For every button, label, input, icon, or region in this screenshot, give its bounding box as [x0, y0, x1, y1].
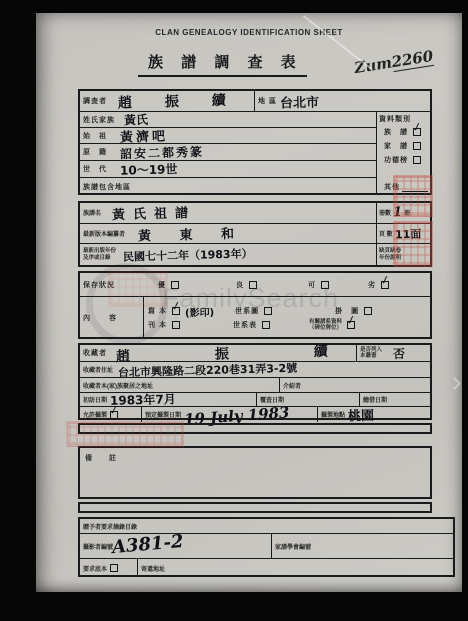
sheet-title: CLAN GENEALOGY IDENTIFICATION SHEET — [36, 28, 462, 37]
publication-value: 民國七十二年（1983年） — [123, 245, 253, 264]
condition-good-label: 良 — [236, 280, 244, 290]
filming-date-label: 預定攝製日期 — [145, 410, 181, 419]
manuscript-checkbox — [172, 307, 180, 315]
film-note-prefix: Zum — [353, 53, 393, 77]
content-label: 內 容 — [83, 313, 122, 323]
condition-fair-checkbox — [321, 281, 329, 289]
cell-clan: 姓氏家族 黃氏 — [80, 112, 376, 127]
introducer-label: 介紹者 — [283, 381, 301, 390]
collector-label: 收藏者 — [83, 348, 107, 358]
cell-content-options: 寫 本 (影印) 世系圖 掛 圖 刊 本 — [144, 302, 430, 334]
cell-permission: 允許攝製 — [80, 407, 142, 422]
row-publication: 最新出版年份 及序或目錄 民國七十二年（1983年） — [80, 244, 376, 265]
condition-fair: 可 — [303, 280, 329, 290]
return-address-label: 寄還地址 — [141, 564, 165, 573]
row-origin: 原 籍 詔安二都秀篆 — [80, 144, 376, 161]
content-options-line2: 刊 本 世系表 有關譜系資料 （碑位牌位） — [148, 319, 426, 332]
related-materials-label-line2: （碑位牌位） — [309, 325, 342, 332]
genealogy-name-label: 族譜名 — [83, 208, 101, 217]
option-pedigree-chart: 世系圖 — [230, 306, 272, 316]
section-investigator: 調查者 趙 振 續 地 區 台北市 姓氏家族 黃氏 始 祖 — [78, 89, 432, 195]
category-clan-genealogy-checkbox — [413, 128, 421, 136]
condition-good: 良 — [231, 280, 257, 290]
remarks-label: 備 註 — [85, 453, 121, 463]
collector-address-label: 收藏者住址 — [83, 365, 113, 374]
origin-label: 原 籍 — [83, 147, 107, 157]
empty-band-2 — [78, 502, 432, 513]
row-ancestor: 始 祖 黃濟吧 — [80, 128, 376, 144]
cell-investigator: 調查者 趙 振 續 — [80, 91, 255, 111]
region-label: 族譜包含地區 — [83, 182, 131, 192]
cell-area: 地 區 台北市 — [255, 91, 430, 111]
print-checkbox — [172, 321, 180, 329]
pedigree-table-checkbox — [262, 321, 270, 329]
first-visit-label: 初訪日期 — [83, 395, 107, 404]
row-investigator: 調查者 趙 振 續 地 區 台北市 — [80, 91, 430, 112]
publication-label-line2: 及序或目錄 — [83, 255, 116, 262]
compiler-label: 最新版本編纂者 — [83, 229, 125, 238]
section-processing: 贈予者要求摘錄目錄 攝影者編號 A381-2 家譜學會編號 要求底本 寄還地址 — [78, 517, 455, 577]
pedigree-table-label: 世系表 — [233, 320, 257, 330]
red-seal-stamp-left-block — [66, 421, 184, 447]
condition-poor-checkbox — [381, 281, 389, 289]
cell-master-copy: 要求底本 — [80, 559, 138, 577]
condition-poor: 劣 — [363, 280, 389, 290]
permission-label: 允許攝製 — [83, 410, 107, 419]
filming-place-value: 桃園 — [348, 405, 375, 425]
condition-fair-label: 可 — [308, 280, 316, 290]
first-visit-value: 1983年7月 — [110, 390, 176, 409]
cell-genealogy-name: 族譜名 黃氏祖譜 — [80, 203, 376, 223]
ancestor-value: 黃濟吧 — [120, 125, 168, 145]
row-genealogy-name: 族譜名 黃氏祖譜 — [80, 203, 376, 224]
film-chevron-mark — [448, 377, 461, 390]
red-seal-stamp-faint-block — [108, 271, 168, 307]
volumes-label: 冊數 — [379, 208, 391, 217]
cell-society-number: 家譜學會編號 — [272, 534, 453, 558]
cell-first-visit: 初訪日期 1983年7月 — [80, 393, 257, 406]
origin-value: 詔安二都秀篆 — [120, 142, 204, 161]
compiler-value: 黃 東 和 — [138, 223, 247, 245]
category-merit-board-checkbox — [413, 156, 421, 164]
pedigree-chart-label: 世系圖 — [235, 306, 259, 316]
red-seal-stamp-faint — [108, 271, 168, 307]
cell-photographer-number: 攝影者編號 A381-2 — [80, 534, 272, 558]
option-related-materials: 有關譜系資料 （碑位牌位） — [304, 319, 355, 332]
cell-family-address: 收藏者本(家)族聚居之地址 — [80, 378, 280, 392]
photographer-number-value: A381-2 — [111, 530, 184, 557]
manuscript-note-handwritten: (影印) — [185, 303, 215, 319]
film-note-number: 2260 — [390, 47, 434, 72]
filming-place-label: 攝製地點 — [321, 410, 345, 419]
cell-compiler: 最新版本編纂者 黃 東 和 — [80, 224, 376, 244]
form-title: 族 譜 調 查 表 — [138, 51, 307, 77]
section-remarks: 備 註 — [78, 446, 432, 499]
generations-label: 世 代 — [83, 164, 107, 174]
scanned-genealogy-sheet: { "header": { "sheet_title": "CLAN GENEA… — [0, 0, 468, 621]
family-address-label: 收藏者本(家)族聚居之地址 — [83, 381, 153, 390]
society-number-label: 家譜學會編號 — [275, 542, 311, 551]
red-seal-stamp-left — [66, 421, 184, 447]
category-clan-genealogy-label: 族 譜 — [384, 127, 408, 137]
section2-body: 族譜名 黃氏祖譜 最新版本編纂者 黃 東 和 最新出版年份 及序或目錄 — [80, 203, 430, 265]
pages-label: 頁 數 — [379, 229, 393, 238]
permission-checkbox — [110, 411, 118, 419]
condition-excellent-checkbox — [171, 281, 179, 289]
condition-poor-label: 劣 — [368, 280, 376, 290]
category-family-genealogy-checkbox — [413, 142, 421, 150]
revisit-label: 覆查日期 — [260, 395, 284, 404]
red-seal-stamp-right-lower — [393, 221, 433, 267]
scanned-paper: CLAN GENEALOGY IDENTIFICATION SHEET 族 譜 … — [36, 13, 462, 592]
option-pedigree-table: 世系表 — [228, 320, 270, 330]
area-value: 台北市 — [280, 91, 319, 111]
publication-label: 最新出版年份 及序或目錄 — [83, 248, 116, 261]
generations-value: 10～19世 — [120, 160, 178, 178]
listed-in-series-value: 否 — [393, 344, 405, 361]
investigator-label: 調查者 — [83, 96, 107, 106]
red-seal-stamp-right — [393, 175, 433, 267]
content-options-line1: 寫 本 (影印) 世系圖 掛 圖 — [148, 304, 426, 319]
print-label: 刊 本 — [148, 320, 167, 330]
hanging-chart-checkbox — [364, 307, 372, 315]
cell-region: 族譜包含地區 — [80, 178, 376, 195]
donor-request-label: 贈予者要求摘錄目錄 — [83, 522, 137, 531]
genealogy-name-value: 黃氏祖譜 — [112, 202, 196, 223]
cell-generations: 世 代 10～19世 — [80, 161, 376, 177]
category-item-merit-board: 功德榜 — [379, 155, 428, 165]
loan-date-label: 總借日期 — [363, 395, 387, 404]
row-compiler: 最新版本編纂者 黃 東 和 — [80, 224, 376, 245]
master-copy-label: 要求底本 — [83, 564, 107, 573]
section1-body: 姓氏家族 黃氏 始 祖 黃濟吧 原 籍 詔安二都秀篆 — [80, 112, 430, 195]
row-master-copy: 要求底本 寄還地址 — [80, 559, 453, 577]
row-collector: 收藏者 趙 振 續 是否列入 本叢書 否 — [80, 345, 430, 362]
cell-filming-date: 預定攝製日期 19 July 1983 — [142, 407, 318, 422]
investigator-value: 趙 振 續 — [118, 89, 240, 112]
section2-left-column: 族譜名 黃氏祖譜 最新版本編纂者 黃 東 和 最新出版年份 及序或目錄 — [80, 203, 377, 265]
section-genealogy-info: 族譜名 黃氏祖譜 最新版本編纂者 黃 東 和 最新出版年份 及序或目錄 — [78, 201, 432, 267]
cell-origin: 原 籍 詔安二都秀篆 — [80, 144, 376, 160]
cell-collector: 收藏者 趙 振 續 — [80, 345, 357, 361]
master-copy-checkbox — [110, 564, 118, 572]
section-collector: 收藏者 趙 振 續 是否列入 本叢書 否 收藏者住址 台北市興隆路二段220巷3… — [78, 343, 432, 420]
cell-return-address: 寄還地址 — [138, 559, 453, 577]
cell-introducer: 介紹者 — [280, 378, 430, 392]
cell-donor-request: 贈予者要求摘錄目錄 — [80, 519, 453, 533]
row-donor-request: 贈予者要求摘錄目錄 — [80, 519, 453, 534]
area-label: 地 區 — [258, 96, 277, 106]
manuscript-label: 寫 本 — [148, 306, 167, 316]
category-merit-board-label: 功德榜 — [384, 155, 408, 165]
clan-label: 姓氏家族 — [83, 115, 115, 125]
related-materials-checkbox — [347, 321, 355, 329]
category-item-clan-genealogy: 族 譜 — [379, 127, 428, 137]
section1-left-column: 姓氏家族 黃氏 始 祖 黃濟吧 原 籍 詔安二都秀篆 — [80, 112, 377, 195]
cell-filming-place: 攝製地點 桃園 — [318, 407, 430, 422]
category-family-genealogy-label: 家 譜 — [384, 141, 408, 151]
pedigree-chart-checkbox — [264, 307, 272, 315]
ancestor-label: 始 祖 — [83, 131, 107, 141]
row-photographer-number: 攝影者編號 A381-2 家譜學會編號 — [80, 534, 453, 559]
row-filming: 允許攝製 預定攝製日期 19 July 1983 攝製地點 桃園 — [80, 407, 430, 422]
category-item-family-genealogy: 家 譜 — [379, 141, 428, 151]
row-collector-address: 收藏者住址 台北市興隆路二段220巷31弄3-2號 — [80, 362, 430, 378]
cell-ancestor: 始 祖 黃濟吧 — [80, 128, 376, 143]
cell-collector-address: 收藏者住址 台北市興隆路二段220巷31弄3-2號 — [80, 362, 430, 377]
option-print: 刊 本 — [148, 320, 180, 330]
cell-publication: 最新出版年份 及序或目錄 民國七十二年（1983年） — [80, 244, 376, 265]
related-materials-label: 有關譜系資料 （碑位牌位） — [309, 319, 342, 332]
row-generations: 世 代 10～19世 — [80, 161, 376, 178]
photographer-number-label: 攝影者編號 — [83, 542, 113, 551]
red-seal-stamp-right-upper — [393, 175, 433, 217]
condition-good-checkbox — [249, 281, 257, 289]
row-region: 族譜包含地區 — [80, 178, 376, 195]
film-scratch-mark — [303, 15, 374, 71]
